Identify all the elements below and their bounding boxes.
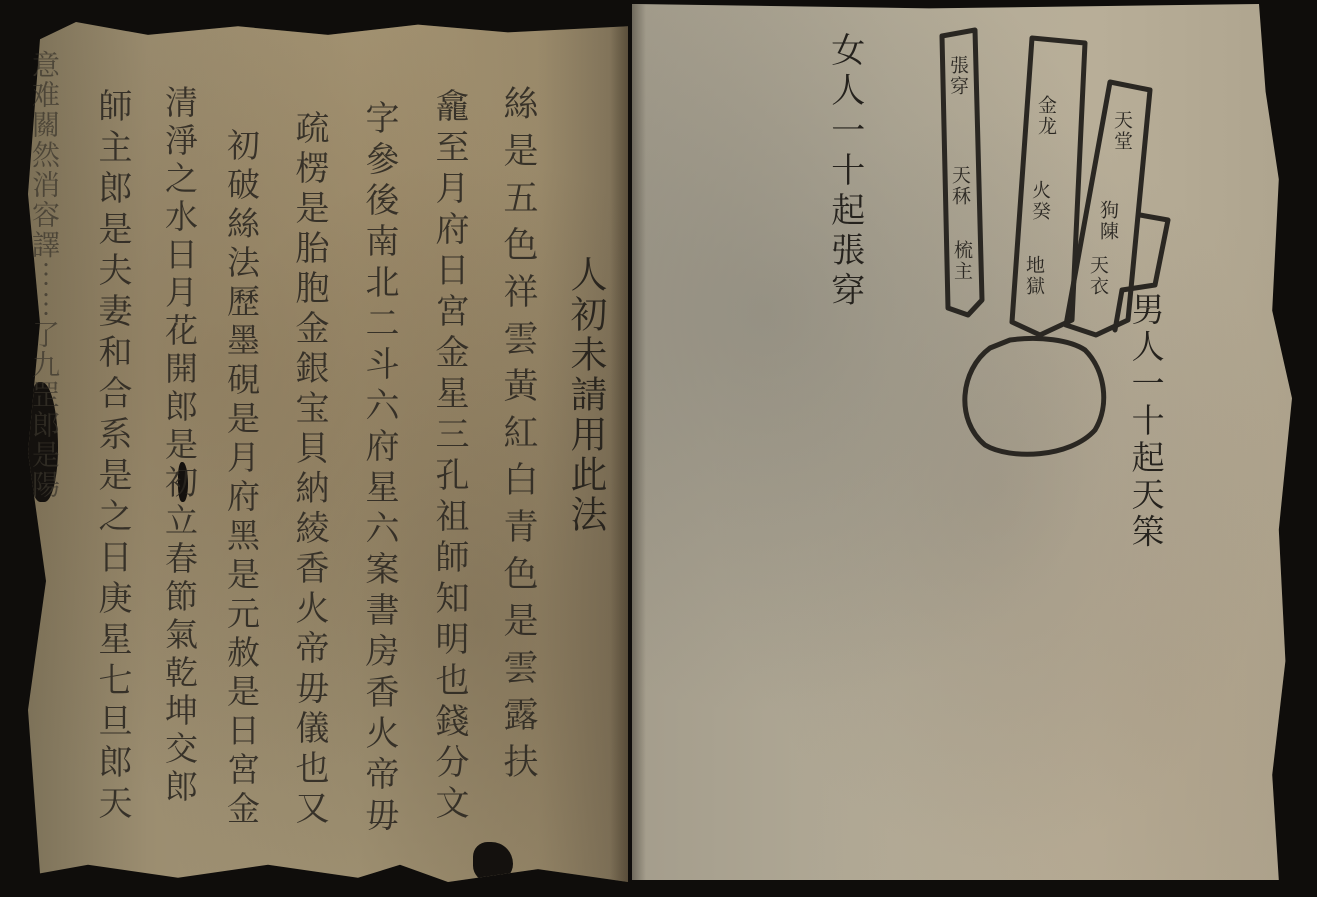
manuscript-spread: 人初未請用此法 絲是五色祥雲黃紅白青色是雲露扶 龕至月府日宮金星三孔祖師知明也錢… (0, 0, 1317, 897)
finger-2-segment-1: 金龙 (1036, 95, 1055, 137)
finger-3-segment-3: 天衣 (1088, 255, 1107, 297)
finger-3-segment-2: 狗陳 (1098, 200, 1117, 242)
finger-2-segment-2: 火癸 (1030, 180, 1049, 222)
finger-1-segment-2: 天秝 (950, 165, 969, 207)
finger-1-segment-1: 張穿 (948, 55, 967, 97)
finger-2-segment-3: 地獄 (1024, 255, 1043, 297)
finger-3-segment-1: 天堂 (1112, 110, 1131, 152)
finger-1-segment-3: 梳主 (952, 240, 971, 282)
